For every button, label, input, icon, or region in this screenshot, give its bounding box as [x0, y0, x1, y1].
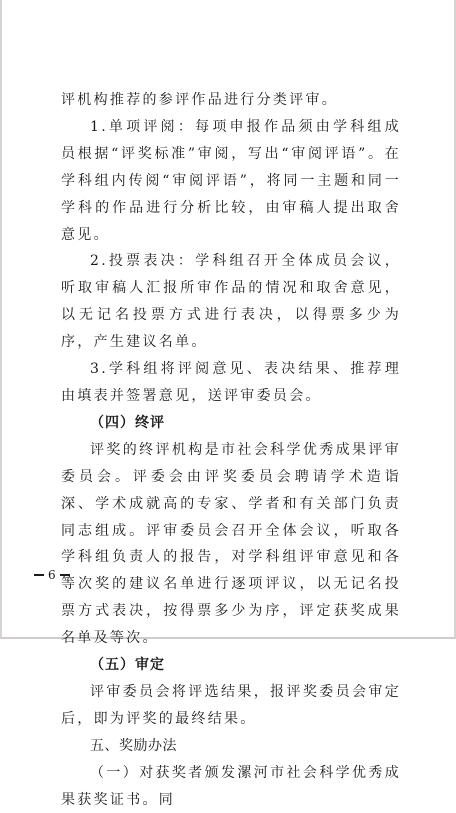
page-number-value: 6 — [48, 568, 56, 582]
paragraph-vote: 2.投票表决：学科组召开全体成员会议，听取审稿人汇报所审作品的情况和取舍意见，以… — [61, 248, 401, 356]
paragraph-submit: 3.学科组将评阅意见、表决结果、推荐理由填表并签署意见，送评审委员会。 — [61, 356, 401, 410]
document-page: 评机构推荐的参评作品进行分类评审。 1.单项评阅：每项申报作品须由学科组成员根据… — [0, 0, 456, 639]
paragraph-continuation: 评机构推荐的参评作品进行分类评审。 — [61, 87, 401, 114]
dash-right — [60, 574, 70, 576]
document-body: 评机构推荐的参评作品进行分类评审。 1.单项评阅：每项申报作品须由学科组成员根据… — [61, 87, 401, 641]
paragraph-single-review: 1.单项评阅：每项申报作品须由学科组成员根据“评奖标准”审阅，写出“审阅评语”。… — [61, 114, 401, 249]
heading-final-review: （四）终评 — [61, 410, 401, 437]
dash-left — [34, 574, 44, 576]
paragraph-final-review: 评奖的终评机构是市社会科学优秀成果评审委员会。评委会由评奖委员会聘请学术造诣深、… — [61, 437, 401, 641]
page-number: 6 — [34, 568, 70, 582]
